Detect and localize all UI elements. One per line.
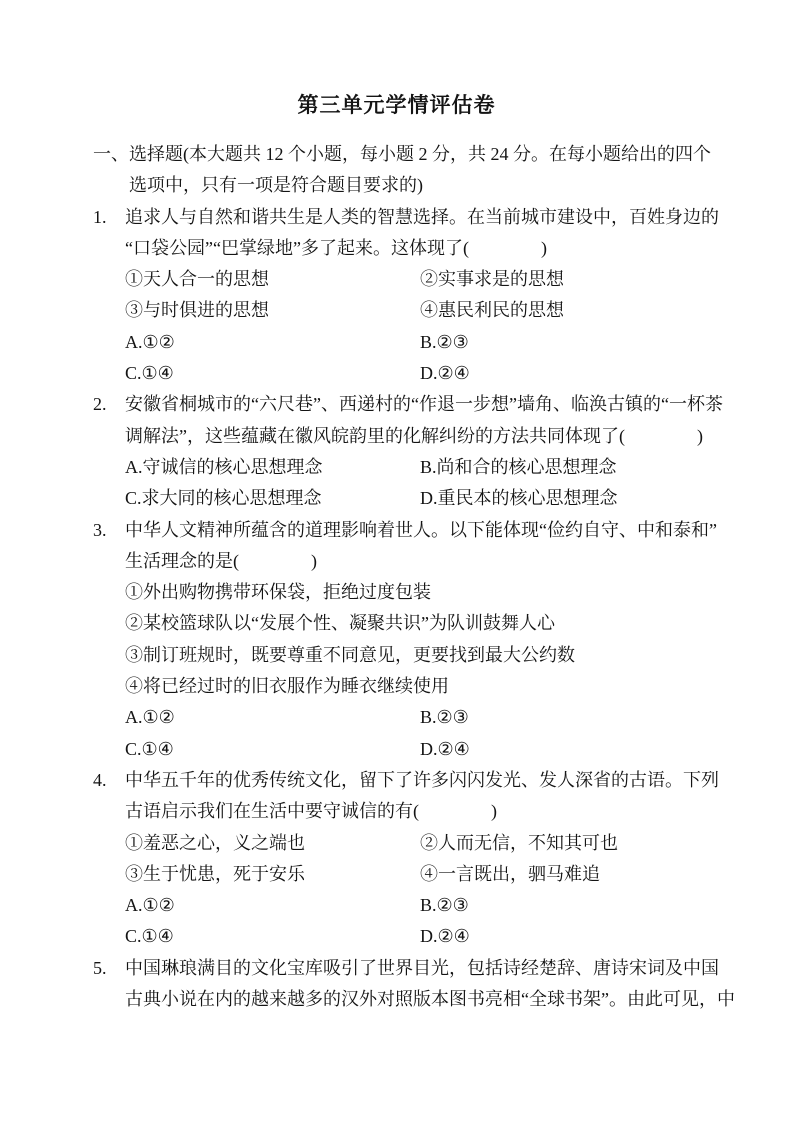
statement-row: ②某校篮球队以“发展个性、凝聚共识”为队训鼓舞人心 [125,608,793,639]
question-1: 1. 追求人与自然和谐共生是人类的智慧选择。在当前城市建设中，百姓身边的 “口袋… [0,202,793,390]
statement-1: ①羞恶之心，义之端也 [125,828,420,859]
statement-2: ②人而无信，不知其可也 [420,828,793,859]
statement-2: ②某校篮球队以“发展个性、凝聚共识”为队训鼓舞人心 [125,613,555,633]
choice-row: A.①② B.②③ [125,890,793,921]
question-stem-row: 2. 安徽省桐城市的“六尺巷”、西递村的“作退一步想”墙角、临涣古镇的“一杯茶 … [0,389,793,452]
choice-d: D.②④ [420,358,793,389]
choice-row: A.守诚信的核心思想理念 B.尚和合的核心思想理念 [125,452,793,483]
statement-3: ③与时俱进的思想 [125,295,420,326]
question-stem: 中华人文精神所蕴含的道理影响着世人。以下能体现“俭约自守、中和泰和” 生活理念的… [125,515,793,578]
question-options: ①外出购物携带环保袋，拒绝过度包装 ②某校篮球队以“发展个性、凝聚共识”为队训鼓… [0,577,793,765]
choice-b: B.②③ [420,327,793,358]
section-heading: 一、 选择题(本大题共 12 个小题，每小题 2 分，共 24 分。在每小题给出… [0,139,793,202]
statement-row: ①外出购物携带环保袋，拒绝过度包装 [125,577,793,608]
question-stem: 中华五千年的优秀传统文化，留下了许多闪闪发光、发人深省的古语。下列 古语启示我们… [125,765,793,828]
choice-a: A.①② [125,890,420,921]
choice-a: A.①② [125,327,420,358]
statement-3: ③生于忧患，死于安乐 [125,859,420,890]
question-stem-row: 3. 中华人文精神所蕴含的道理影响着世人。以下能体现“俭约自守、中和泰和” 生活… [0,515,793,578]
question-options: ①天人合一的思想 ②实事求是的思想 ③与时俱进的思想 ④惠民利民的思想 A.①②… [0,264,793,389]
statement-row: ①天人合一的思想 ②实事求是的思想 [125,264,793,295]
choice-b: B.②③ [420,702,793,733]
question-number: 1. [93,202,125,265]
question-3: 3. 中华人文精神所蕴含的道理影响着世人。以下能体现“俭约自守、中和泰和” 生活… [0,515,793,765]
statement-3: ③制订班规时，既要尊重不同意见，更要找到最大公约数 [125,645,575,665]
question-number: 3. [93,515,125,578]
statement-row: ①羞恶之心，义之端也 ②人而无信，不知其可也 [125,828,793,859]
question-stem-row: 5. 中国琳琅满目的文化宝库吸引了世界目光，包括诗经楚辞、唐诗宋词及中国 古典小… [0,953,793,1016]
choice-row: C.①④ D.②④ [125,921,793,952]
question-stem-row: 4. 中华五千年的优秀传统文化，留下了许多闪闪发光、发人深省的古语。下列 古语启… [0,765,793,828]
choice-row: C.求大同的核心思想理念 D.重民本的核心思想理念 [125,483,793,514]
statement-row: ③与时俱进的思想 ④惠民利民的思想 [125,295,793,326]
question-5: 5. 中国琳琅满目的文化宝库吸引了世界目光，包括诗经楚辞、唐诗宋词及中国 古典小… [0,953,793,1016]
choice-d: D.重民本的核心思想理念 [420,483,793,514]
statement-4: ④将已经过时的旧衣服作为睡衣继续使用 [125,676,449,696]
choice-a: A.①② [125,702,420,733]
statement-row: ③生于忧患，死于安乐 ④一言既出，驷马难追 [125,859,793,890]
choice-c: C.①④ [125,734,420,765]
question-options: A.守诚信的核心思想理念 B.尚和合的核心思想理念 C.求大同的核心思想理念 D… [0,452,793,515]
choice-a: A.守诚信的核心思想理念 [125,452,420,483]
choice-row: C.①④ D.②④ [125,358,793,389]
statement-1: ①外出购物携带环保袋，拒绝过度包装 [125,582,431,602]
choice-b: B.尚和合的核心思想理念 [420,452,793,483]
section-text: 选择题(本大题共 12 个小题，每小题 2 分，共 24 分。在每小题给出的四个… [129,139,793,202]
choice-b: B.②③ [420,890,793,921]
choice-d: D.②④ [420,921,793,952]
question-2: 2. 安徽省桐城市的“六尺巷”、西递村的“作退一步想”墙角、临涣古镇的“一杯茶 … [0,389,793,514]
question-stem: 追求人与自然和谐共生是人类的智慧选择。在当前城市建设中，百姓身边的 “口袋公园”… [125,202,793,265]
choice-c: C.求大同的核心思想理念 [125,483,420,514]
statement-4: ④一言既出，驷马难追 [420,859,793,890]
choice-d: D.②④ [420,734,793,765]
question-stem-row: 1. 追求人与自然和谐共生是人类的智慧选择。在当前城市建设中，百姓身边的 “口袋… [0,202,793,265]
choice-c: C.①④ [125,358,420,389]
question-stem: 安徽省桐城市的“六尺巷”、西递村的“作退一步想”墙角、临涣古镇的“一杯茶 调解法… [125,389,793,452]
question-4: 4. 中华五千年的优秀传统文化，留下了许多闪闪发光、发人深省的古语。下列 古语启… [0,765,793,953]
exam-page: 第三单元学情评估卷 一、 选择题(本大题共 12 个小题，每小题 2 分，共 2… [0,0,793,1122]
section-number: 一、 [93,139,129,202]
statement-2: ②实事求是的思想 [420,264,793,295]
choice-row: C.①④ D.②④ [125,734,793,765]
question-stem: 中国琳琅满目的文化宝库吸引了世界目光，包括诗经楚辞、唐诗宋词及中国 古典小说在内… [125,953,793,1016]
statement-row: ④将已经过时的旧衣服作为睡衣继续使用 [125,671,793,702]
statement-1: ①天人合一的思想 [125,264,420,295]
choice-c: C.①④ [125,921,420,952]
choice-row: A.①② B.②③ [125,702,793,733]
question-number: 5. [93,953,125,1016]
question-number: 4. [93,765,125,828]
question-options: ①羞恶之心，义之端也 ②人而无信，不知其可也 ③生于忧患，死于安乐 ④一言既出，… [0,828,793,953]
page-title: 第三单元学情评估卷 [0,90,793,121]
statement-4: ④惠民利民的思想 [420,295,793,326]
choice-row: A.①② B.②③ [125,327,793,358]
statement-row: ③制订班规时，既要尊重不同意见，更要找到最大公约数 [125,640,793,671]
question-number: 2. [93,389,125,452]
